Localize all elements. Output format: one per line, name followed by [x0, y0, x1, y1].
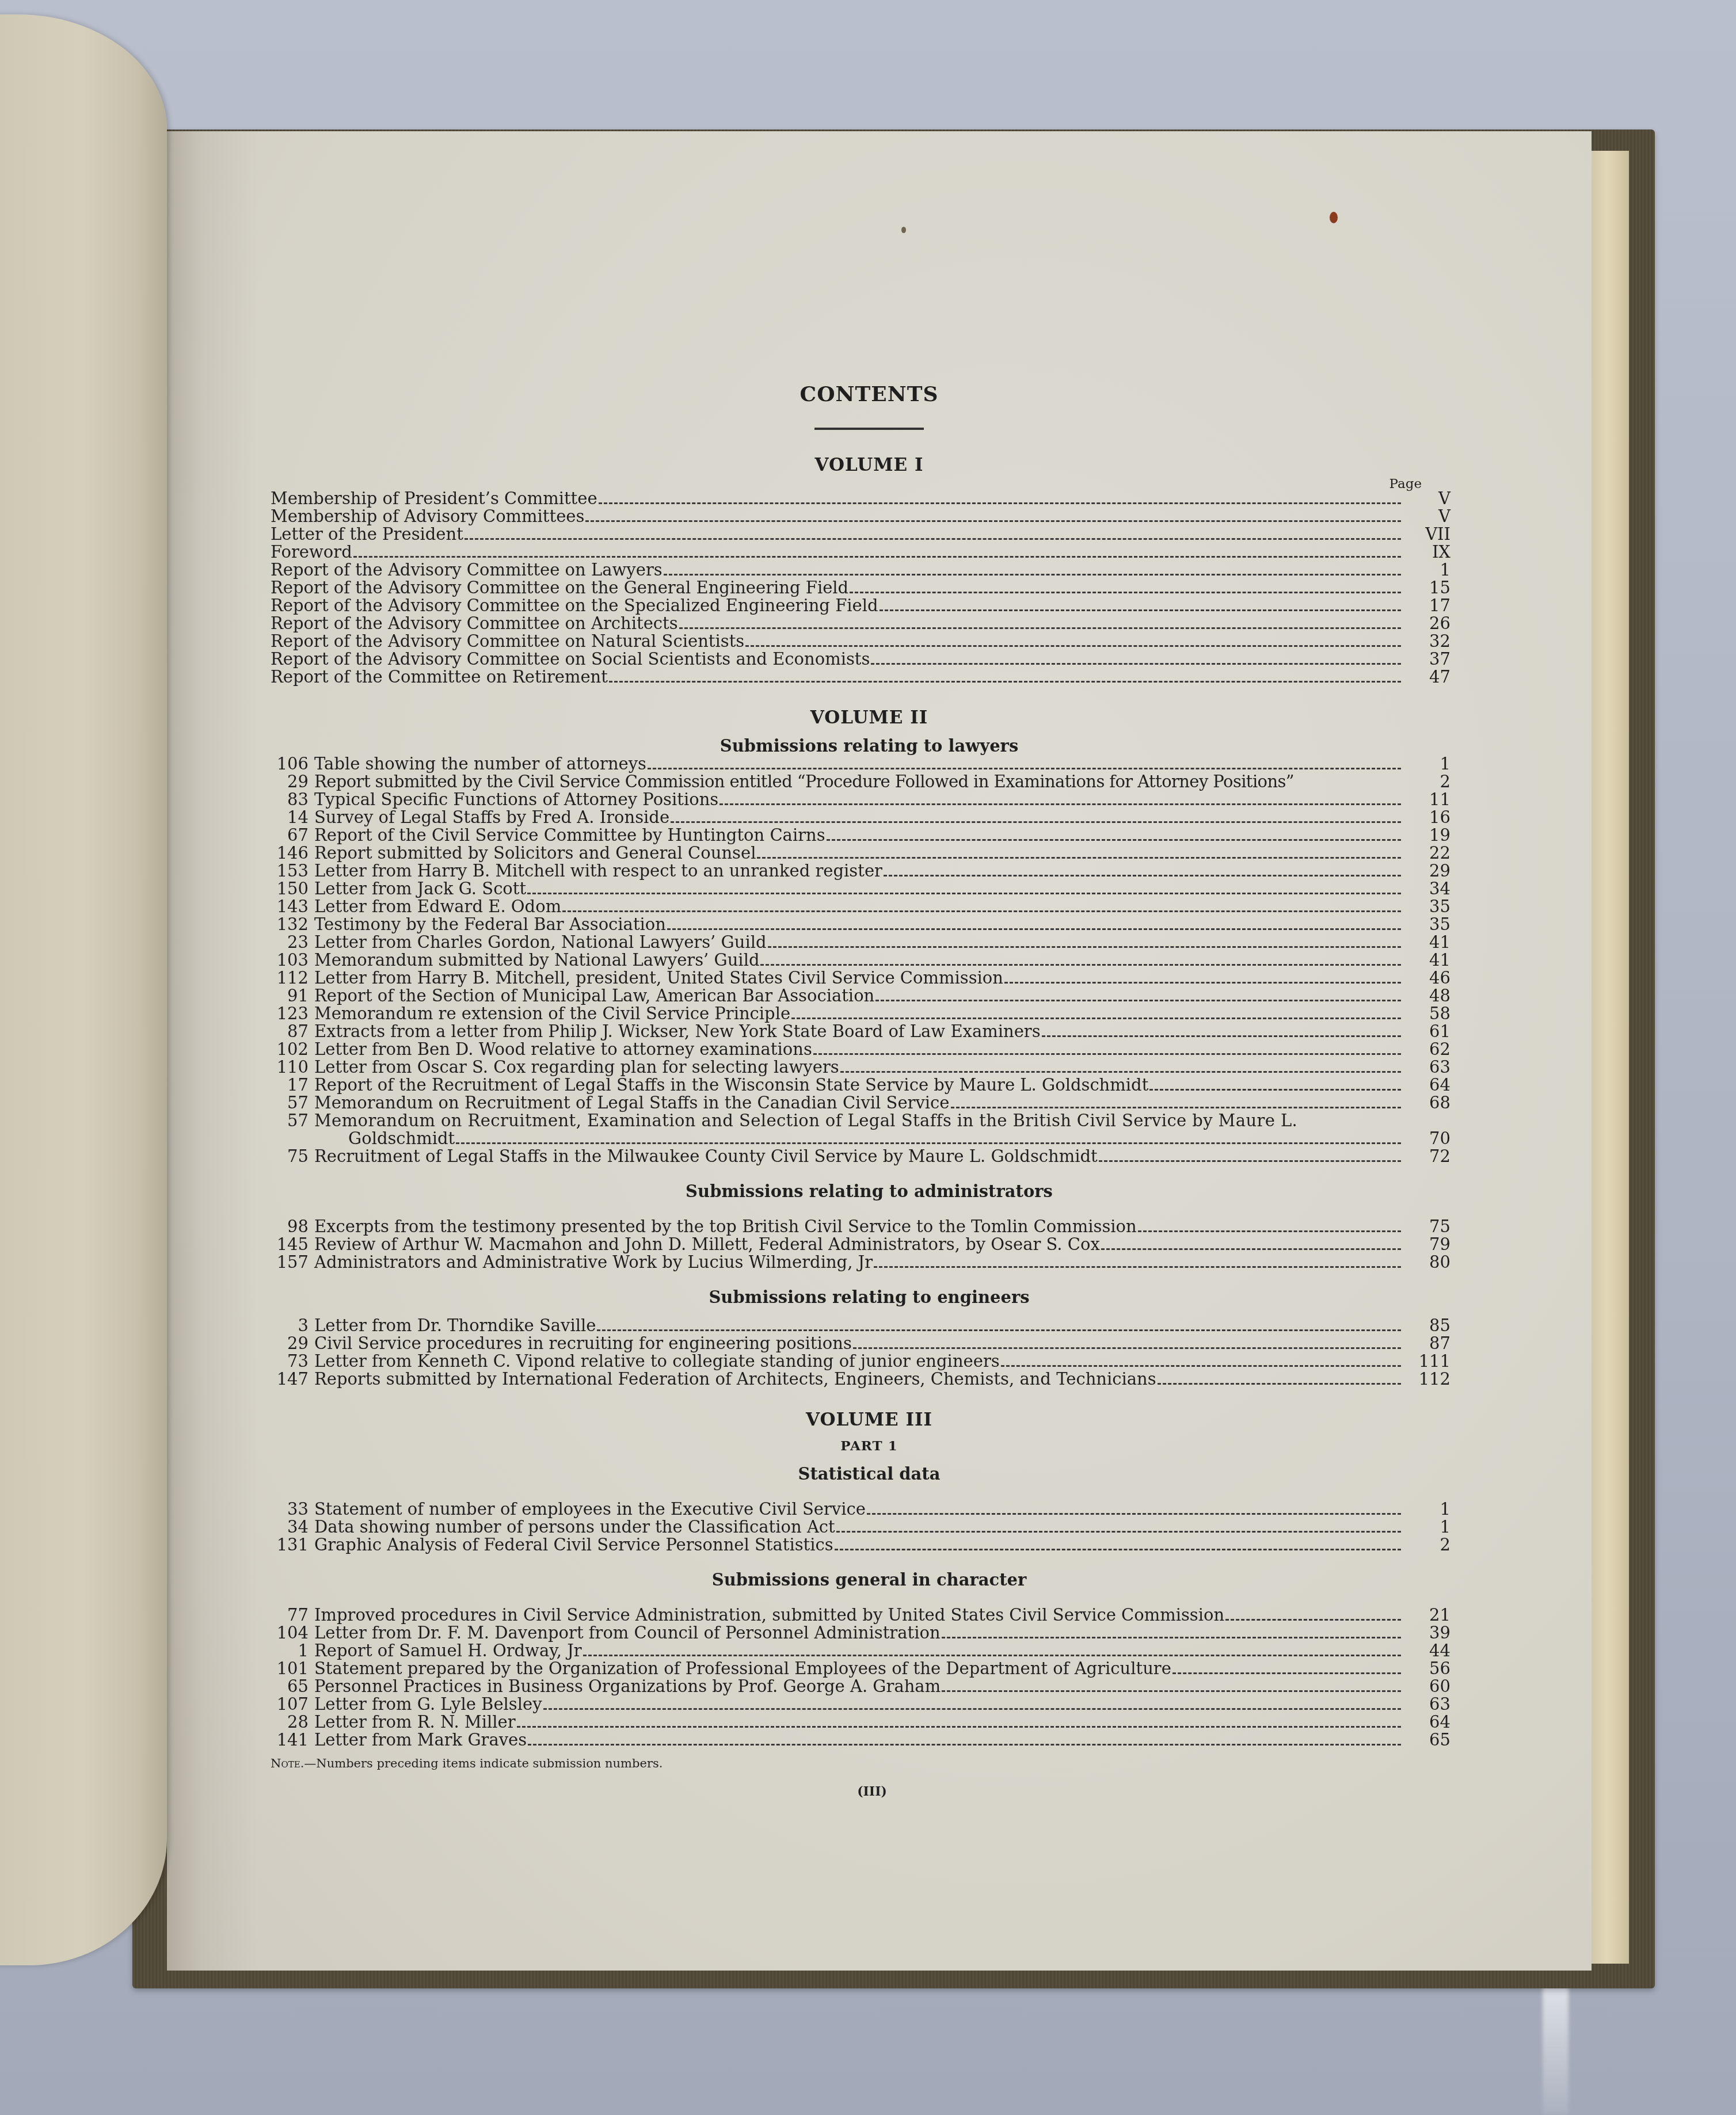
volume-heading: VOLUME II	[288, 709, 1451, 727]
toc-entry[interactable]: 87Extracts from a letter from Philip J. …	[271, 1023, 1451, 1041]
dot-leader	[884, 875, 1401, 877]
volume-heading: VOLUME III	[288, 1411, 1451, 1429]
toc-entry[interactable]: 34Data showing number of persons under t…	[271, 1518, 1451, 1536]
toc-entry[interactable]: 147Reports submitted by International Fe…	[271, 1370, 1451, 1388]
dot-leader	[719, 803, 1401, 805]
left-page-curl	[0, 14, 167, 1965]
dot-leader	[827, 839, 1401, 841]
toc-entry[interactable]: 23Letter from Charles Gordon, National L…	[271, 933, 1451, 951]
dot-leader	[1225, 1619, 1401, 1621]
dot-leader	[813, 1053, 1401, 1055]
toc-entry[interactable]: 102Letter from Ben D. Wood relative to a…	[271, 1041, 1451, 1058]
dot-leader	[543, 1708, 1401, 1710]
toc-entry[interactable]: Report of the Advisory Committee on Natu…	[271, 632, 1451, 650]
dot-leader	[850, 592, 1401, 593]
dot-leader	[664, 574, 1401, 576]
general-entries: 77Improved procedures in Civil Service A…	[271, 1606, 1451, 1749]
dot-leader	[597, 1329, 1401, 1331]
section-heading: Statistical data	[288, 1465, 1451, 1483]
statistical-entries: 33Statement of number of employees in th…	[271, 1500, 1451, 1554]
engineers-entries: 3Letter from Dr. Thorndike Saville85 29C…	[271, 1317, 1451, 1388]
toc-entry[interactable]: 107Letter from G. Lyle Belsley63	[271, 1695, 1451, 1713]
toc-entry[interactable]: 150Letter from Jack G. Scott34	[271, 880, 1451, 898]
section-heading: Submissions general in character	[288, 1571, 1451, 1589]
dot-leader	[880, 609, 1401, 611]
dot-leader	[353, 556, 1401, 558]
administrators-entries: 98Excerpts from the testimony presented …	[271, 1218, 1451, 1271]
toc-entry[interactable]: 106Table showing the number of attorneys…	[271, 755, 1451, 773]
toc-entry[interactable]: Report of the Advisory Committee on the …	[271, 579, 1451, 597]
dot-leader	[1138, 1230, 1401, 1232]
toc-entry[interactable]: 143Letter from Edward E. Odom35	[271, 898, 1451, 916]
toc-entry[interactable]: 29Civil Service procedures in recruiting…	[271, 1335, 1451, 1352]
toc-entry[interactable]: 157Administrators and Administrative Wor…	[271, 1253, 1451, 1271]
dot-leader	[1099, 1160, 1401, 1162]
toc-entry[interactable]: 14Survey of Legal Staffs by Fred A. Iron…	[271, 809, 1451, 826]
toc-entry[interactable]: 77Improved procedures in Civil Service A…	[271, 1606, 1451, 1624]
toc-entry[interactable]: Report of the Advisory Committee on Arch…	[271, 615, 1451, 632]
toc-entry[interactable]: 83Typical Specific Functions of Attorney…	[271, 791, 1451, 809]
dot-leader	[768, 946, 1402, 948]
dot-leader	[1042, 1035, 1401, 1037]
volume-heading: VOLUME I	[288, 456, 1451, 474]
dot-leader	[1172, 1672, 1401, 1674]
dot-leader	[648, 768, 1401, 769]
dot-leader	[1001, 1365, 1401, 1367]
page-title: CONTENTS	[288, 386, 1451, 403]
table-of-contents: CONTENTS VOLUME I Page Membership of Pre…	[271, 386, 1451, 1801]
dot-leader	[1158, 1383, 1401, 1385]
dot-leader	[585, 520, 1401, 522]
toc-entry[interactable]: 91Report of the Section of Municipal Law…	[271, 987, 1451, 1005]
toc-entry[interactable]: 3Letter from Dr. Thorndike Saville85	[271, 1317, 1451, 1335]
dot-leader	[667, 928, 1401, 930]
toc-entry[interactable]: 145Review of Arthur W. Macmahon and John…	[271, 1236, 1451, 1253]
toc-entry[interactable]: 57Memorandum on Recruitment, Examination…	[271, 1112, 1451, 1148]
toc-entry[interactable]: 1Report of Samuel H. Ordway, Jr44	[271, 1642, 1451, 1660]
dot-leader	[836, 1531, 1401, 1533]
toc-entry[interactable]: 146Report submitted by Solicitors and Ge…	[271, 844, 1451, 862]
dot-leader	[875, 1000, 1401, 1001]
dot-leader	[757, 857, 1401, 859]
lawyers-entries: 106Table showing the number of attorneys…	[271, 755, 1451, 1165]
dot-leader	[465, 538, 1401, 540]
toc-entry[interactable]: Report of the Advisory Committee on Soci…	[271, 650, 1451, 668]
dot-leader	[609, 681, 1401, 683]
dot-leader	[791, 1018, 1401, 1019]
toc-entry[interactable]: 153Letter from Harry B. Mitchell with re…	[271, 862, 1451, 880]
toc-entry[interactable]: 33Statement of number of employees in th…	[271, 1500, 1451, 1518]
title-rule	[814, 428, 924, 430]
toc-entry[interactable]: 17Report of the Recruitment of Legal Sta…	[271, 1076, 1451, 1094]
toc-entry[interactable]: 110Letter from Oscar S. Cox regarding pl…	[271, 1058, 1451, 1076]
dot-leader	[867, 1513, 1401, 1515]
toc-entry[interactable]: 101Statement prepared by the Organizatio…	[271, 1660, 1451, 1678]
dot-leader	[942, 1690, 1401, 1692]
dot-leader	[835, 1549, 1401, 1550]
dot-leader	[1004, 982, 1401, 984]
toc-entry[interactable]: Membership of President’s CommitteeV	[271, 490, 1451, 508]
toc-entry[interactable]: 67Report of the Civil Service Committee …	[271, 826, 1451, 844]
dot-leader	[951, 1107, 1402, 1108]
toc-entry[interactable]: 131Graphic Analysis of Federal Civil Ser…	[271, 1536, 1451, 1554]
toc-entry[interactable]: Membership of Advisory CommitteesV	[271, 508, 1451, 525]
foxing-spot	[901, 227, 906, 233]
dot-leader	[528, 1744, 1401, 1746]
surface-reflection	[1543, 1983, 1569, 2115]
volume-1-entries: Membership of President’s CommitteeV Mem…	[271, 490, 1451, 686]
dot-leader	[562, 910, 1401, 912]
dot-leader	[456, 1142, 1401, 1144]
dot-leader	[671, 821, 1401, 823]
toc-entry[interactable]: Report of the Advisory Committee on the …	[271, 597, 1451, 615]
dot-leader	[840, 1071, 1401, 1073]
part-heading: PART 1	[288, 1437, 1451, 1455]
toc-entry[interactable]: 75Recruitment of Legal Staffs in the Mil…	[271, 1148, 1451, 1165]
section-heading: Submissions relating to lawyers	[288, 737, 1451, 755]
dot-leader	[853, 1347, 1401, 1349]
toc-entry[interactable]: Report of the Advisory Committee on Lawy…	[271, 561, 1451, 579]
toc-entry[interactable]: 28Letter from R. N. Miller64	[271, 1713, 1451, 1731]
footnote: Note.—Numbers preceding items indicate s…	[271, 1755, 1451, 1773]
toc-entry[interactable]: 29Report submitted by the Civil Service …	[271, 773, 1451, 791]
dot-leader	[1101, 1248, 1401, 1250]
dot-leader	[874, 1266, 1401, 1268]
toc-entry[interactable]: 57Memorandum on Recruitment of Legal Sta…	[271, 1094, 1451, 1112]
dot-leader	[527, 893, 1401, 894]
toc-entry[interactable]: 141Letter from Mark Graves65	[271, 1731, 1451, 1749]
section-heading: Submissions relating to engineers	[288, 1289, 1451, 1306]
section-heading: Submissions relating to administrators	[288, 1183, 1451, 1201]
toc-entry[interactable]: Letter of the PresidentVII	[271, 525, 1451, 543]
dot-leader	[599, 502, 1401, 504]
toc-entry[interactable]: ForewordIX	[271, 543, 1451, 561]
page-block-edges	[1589, 151, 1629, 1964]
toc-entry[interactable]: 112Letter from Harry B. Mitchell, presid…	[271, 969, 1451, 987]
toc-entry[interactable]: 65Personnel Practices in Business Organi…	[271, 1678, 1451, 1695]
dot-leader	[942, 1637, 1401, 1638]
foxing-spot	[1330, 212, 1338, 223]
dot-leader	[745, 645, 1401, 647]
toc-entry[interactable]: Report of the Committee on Retirement47	[271, 668, 1451, 686]
page-folio: (III)	[294, 1783, 1451, 1801]
toc-entry[interactable]: 123Memorandum re extension of the Civil …	[271, 1005, 1451, 1023]
toc-entry[interactable]: 103Memorandum submitted by National Lawy…	[271, 951, 1451, 969]
dot-leader	[517, 1726, 1401, 1728]
toc-entry[interactable]: 73Letter from Kenneth C. Vipond relative…	[271, 1352, 1451, 1370]
dot-leader	[583, 1655, 1401, 1656]
dot-leader	[871, 663, 1401, 665]
dot-leader	[679, 627, 1401, 629]
toc-entry[interactable]: 104Letter from Dr. F. M. Davenport from …	[271, 1624, 1451, 1642]
dot-leader	[760, 964, 1401, 966]
toc-entry[interactable]: 132Testimony by the Federal Bar Associat…	[271, 916, 1451, 933]
toc-entry[interactable]: 98Excerpts from the testimony presented …	[271, 1218, 1451, 1236]
dot-leader	[1149, 1089, 1401, 1091]
